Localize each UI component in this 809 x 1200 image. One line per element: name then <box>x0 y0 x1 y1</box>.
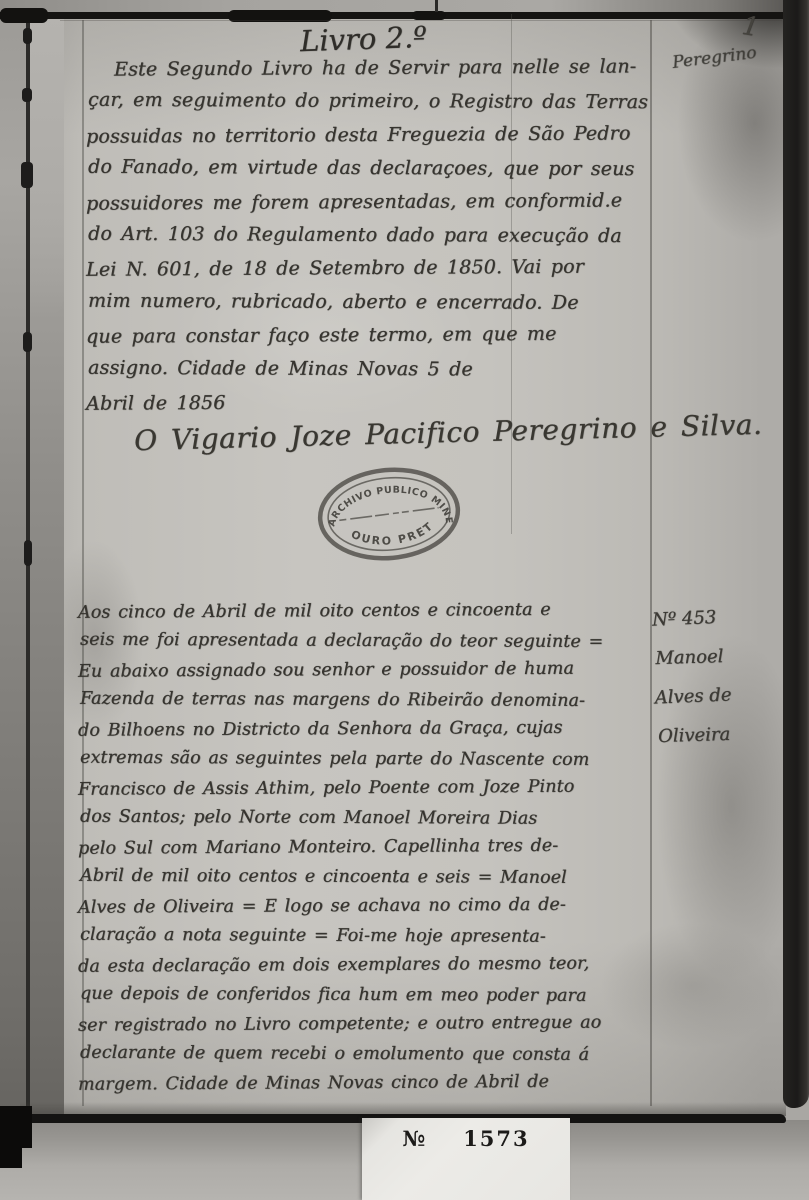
stitch-knot <box>22 88 32 102</box>
entry-paragraph: Aos cinco de Abril de mil oito centos e … <box>78 597 658 1099</box>
margin-note-name: Manoel <box>655 637 733 678</box>
stitch-knot <box>21 162 33 188</box>
manuscript-line: Lei N. 601, de 18 de Setembro de 1850. V… <box>86 251 660 288</box>
stitch-knot <box>23 332 32 352</box>
manuscript-line: do Art. 103 do Regulamento dado para exe… <box>88 218 662 254</box>
manuscript-line: declarante de quem recebi o emolumento q… <box>80 1038 660 1070</box>
manuscript-photo: Livro 2.º 1 Peregrino Este Segundo Livro… <box>0 0 809 1200</box>
top-tick-mark <box>435 0 438 12</box>
archive-stamp: ARCHIVO PUBLICO MINEIRO OURO PRETO <box>311 460 467 569</box>
manuscript-line: seis me foi apresentada a declaração do … <box>80 625 660 657</box>
manuscript-line: mim numero, rubricado, aberto e encerrad… <box>88 285 662 321</box>
book-cover-edge <box>783 0 809 1108</box>
manuscript-line: Eu abaixo assignado sou senhor e possuid… <box>78 654 658 687</box>
manuscript-line: da esta declaração em dois exemplares do… <box>78 949 658 982</box>
corner-ink-blot <box>0 1140 22 1168</box>
manuscript-line: Aos cinco de Abril de mil oito centos e … <box>78 595 658 628</box>
manuscript-line: Este Segundo Livro ha de Servir para nel… <box>86 50 660 87</box>
manuscript-line: do Bilhoens no Districto da Senhora da G… <box>78 713 658 746</box>
margin-note-name: Oliveira <box>657 715 735 756</box>
manuscript-line: que para constar faço este termo, em que… <box>86 317 660 354</box>
stitch-knot <box>23 28 32 44</box>
manuscript-line: Fazenda de terras nas margens do Ribeirã… <box>80 684 660 716</box>
stamp-divider-line <box>339 508 439 521</box>
manuscript-line: dos Santos; pelo Norte com Manoel Moreir… <box>80 802 660 834</box>
margin-note-name: Alves de <box>654 675 732 717</box>
top-fold-bar <box>0 12 809 19</box>
catalog-number: 1573 <box>463 1126 529 1151</box>
catalog-number-label: № 1573 <box>362 1118 570 1200</box>
ink-blot <box>0 8 48 23</box>
manuscript-line: que depois de conferidos fica hum em meo… <box>80 979 660 1011</box>
manuscript-line: Alves de Oliveira = E logo se achava no … <box>78 890 658 923</box>
manuscript-line: possuidores me forem apresentadas, em co… <box>86 184 660 221</box>
manuscript-line: do Fanado, em virtude das declaraçoes, q… <box>88 151 662 187</box>
opening-term-paragraph: Este Segundo Livro ha de Servir para nel… <box>86 52 660 419</box>
manuscript-line: Francisco de Assis Athim, pelo Poente co… <box>78 772 658 805</box>
numero-sign: № <box>402 1126 427 1151</box>
manuscript-line: ser registrado no Livro competente; e ou… <box>78 1008 658 1041</box>
catalog-number-text: № 1573 <box>362 1118 570 1151</box>
manuscript-line: extremas são as seguintes pela parte do … <box>80 743 660 775</box>
manuscript-line: Abril de mil oito centos e cincoenta e s… <box>80 861 660 893</box>
manuscript-line: claração a nota seguinte = Foi-me hoje a… <box>80 920 660 952</box>
manuscript-line: çar, em seguimento do primeiro, o Regist… <box>88 84 662 120</box>
stitch-knot <box>24 540 32 566</box>
manuscript-line: margem. Cidade de Minas Novas cinco de A… <box>78 1067 658 1100</box>
torn-page-remnant <box>30 16 64 316</box>
ink-blot <box>412 11 446 20</box>
manuscript-line: pelo Sul com Mariano Monteiro. Capellinh… <box>78 831 658 864</box>
margin-note-number: Nº 453 <box>651 597 729 639</box>
manuscript-line: possuidas no territorio desta Freguezia … <box>86 117 660 154</box>
entry-margin-note: Nº 453 Manoel Alves de Oliveira <box>651 598 733 757</box>
manuscript-line: assigno. Cidade de Minas Novas 5 de <box>88 351 662 387</box>
